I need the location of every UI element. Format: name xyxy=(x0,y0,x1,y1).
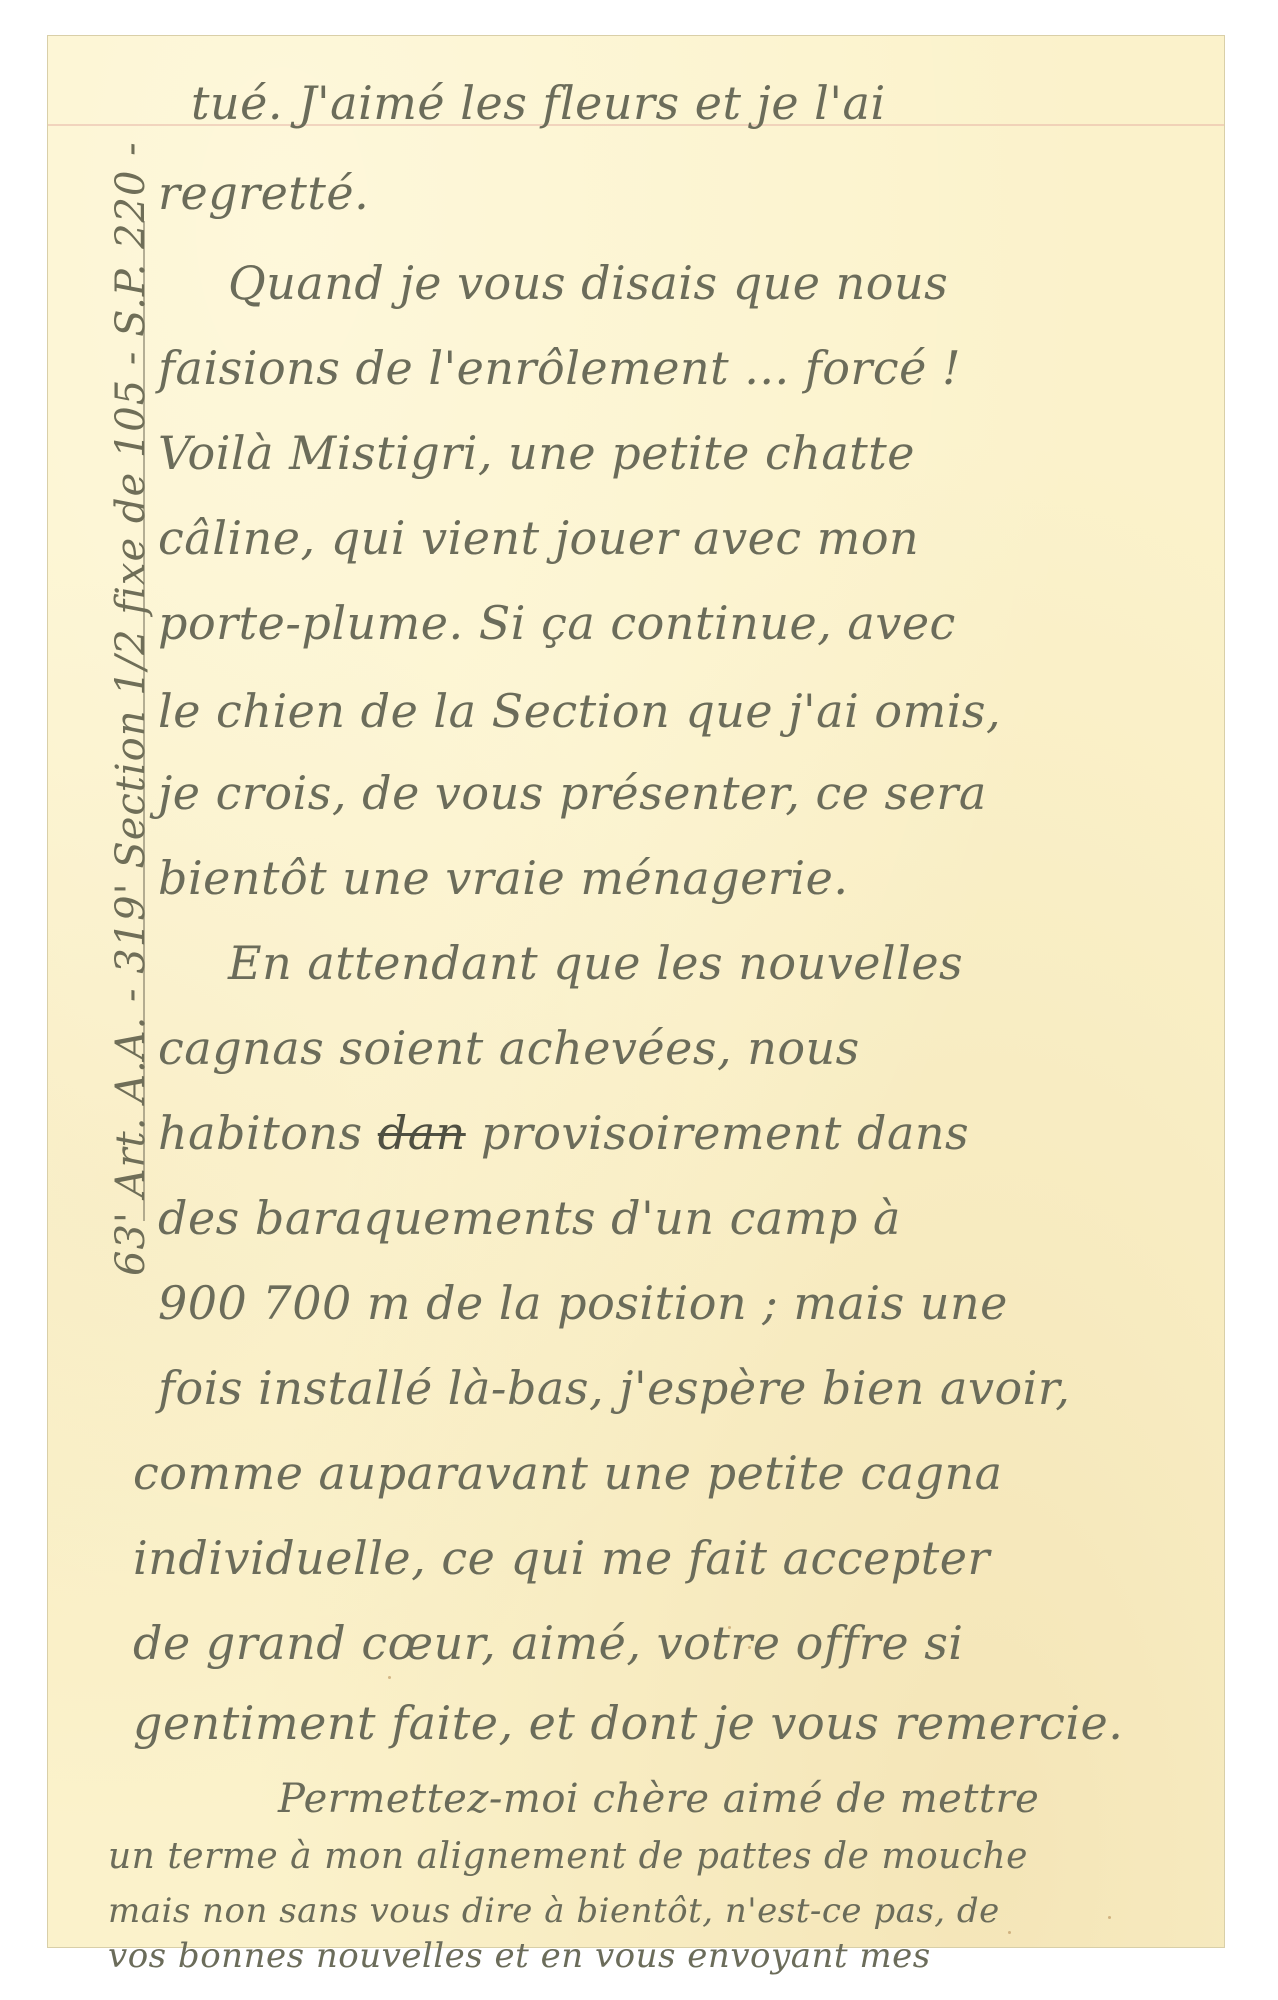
paper-speck xyxy=(728,1626,731,1629)
struck-word: dan xyxy=(378,1106,466,1160)
paper-speck xyxy=(1108,1916,1111,1919)
letter-line-8: le chien de la Section que j'ai omis, xyxy=(158,684,1001,738)
letter-line-4: faisions de l'enrôlement ... forcé ! xyxy=(158,341,961,395)
letter-line-14: des baraquements d'un camp à xyxy=(158,1191,901,1245)
letter-line-7: porte-plume. Si ça continue, avec xyxy=(158,596,956,650)
letter-line-17: comme auparavant une petite cagna xyxy=(133,1446,1003,1500)
letter-line-15: 900 700 m de la position ; mais une xyxy=(158,1276,1008,1330)
letter-line-3: Quand je vous disais que nous xyxy=(228,256,948,310)
letter-line-13-end: provisoirement dans xyxy=(466,1106,969,1160)
letter-line-19: de grand cœur, aimé, votre offre si xyxy=(133,1616,964,1670)
margin-address-note: 63' Art. A.A. - 319' Section 1/2 fixe de… xyxy=(108,141,154,1276)
letter-line-1: tué. J'aimé les fleurs et je l'ai xyxy=(191,76,886,130)
letter-line-9: je crois, de vous présenter, ce sera xyxy=(158,766,987,820)
letter-line-10: bientôt une vraie ménagerie. xyxy=(158,851,848,905)
letter-line-6: câline, qui vient jouer avec mon xyxy=(158,511,919,565)
letter-line-20: gentiment faite, et dont je vous remerci… xyxy=(133,1696,1123,1750)
letter-line-22: un terme à mon alignement de pattes de m… xyxy=(108,1836,1028,1877)
letter-line-5: Voilà Mistigri, une petite chatte xyxy=(158,426,915,480)
letter-line-12: cagnas soient achevées, nous xyxy=(158,1021,860,1075)
letter-line-13-start: habitons xyxy=(158,1106,378,1160)
letter-line-18: individuelle, ce qui me fait accepter xyxy=(133,1531,990,1585)
paper-speck xyxy=(1008,1931,1011,1934)
letter-line-24: vos bonnes nouvelles et en vous envoyant… xyxy=(108,1936,931,1976)
letter-line-13: habitons dan provisoirement dans xyxy=(158,1106,969,1160)
letter-line-23: mais non sans vous dire à bientôt, n'est… xyxy=(108,1891,1000,1931)
letter-page: 63' Art. A.A. - 319' Section 1/2 fixe de… xyxy=(47,35,1225,1948)
letter-line-2: regretté. xyxy=(158,166,369,220)
letter-line-11: En attendant que les nouvelles xyxy=(228,936,963,990)
letter-line-21: Permettez-moi chère aimé de mettre xyxy=(278,1776,1039,1822)
paper-speck xyxy=(748,1646,751,1649)
letter-line-16: fois installé là-bas, j'espère bien avoi… xyxy=(158,1361,1070,1415)
paper-speck xyxy=(388,1676,391,1679)
